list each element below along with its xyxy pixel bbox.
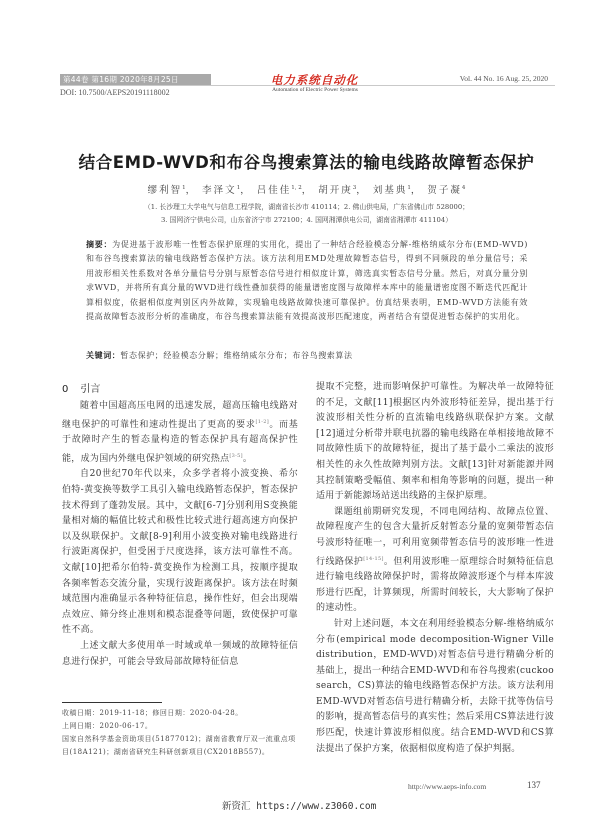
citation: [14-15] bbox=[363, 556, 383, 562]
paper-title: 结合EMD-WVD和布谷鸟搜索算法的输电线路故障暂态保护 bbox=[0, 149, 613, 173]
author: 吕佳佳1, 2 bbox=[257, 185, 302, 196]
paragraph: 自20世纪70年代以来，众多学者将小波变换、希尔伯特-黄变换等数学工具引入输电线… bbox=[62, 467, 298, 639]
issue-info-bar: 第44卷 第16期 2020年8月25日 bbox=[60, 74, 211, 85]
abstract-label: 摘要： bbox=[86, 240, 112, 249]
page-number: 137 bbox=[527, 780, 541, 790]
section-title: 引言 bbox=[80, 384, 100, 395]
body-column-left: 随着中国超高压电网的迅速发展，超高压输电线路对继电保护的可靠性和速动性提出了更高… bbox=[62, 399, 298, 670]
footnote-received: 收稿日期：2019-11-18；修回日期：2020-04-28。 bbox=[62, 707, 298, 720]
section-number: 0 bbox=[62, 384, 68, 395]
author: 李泽文1 bbox=[202, 185, 240, 196]
journal-logo-cn: 电力系统自动化 bbox=[262, 72, 367, 88]
keywords-text: 暂态保护；经验模态分解；维格纳威尔分布；布谷鸟搜索算法 bbox=[120, 351, 352, 360]
watermark: 新资汇 https://www.z3060.com bbox=[222, 798, 376, 812]
paragraph: 上述文献大多使用单一时域或单一频域的故障特征信息进行保护，可能会导致局部故障特征… bbox=[62, 639, 298, 670]
citation: [3-5] bbox=[229, 453, 242, 459]
journal-name-en: Automation of Electric Power Systems bbox=[250, 87, 380, 93]
body-column-right: 提取不完整，进而影响保护可靠性。为解决单一故障特征的不足，文献[11]根据区内外… bbox=[316, 380, 554, 757]
footnotes: 收稿日期：2019-11-18；修回日期：2020-04-28。 上网日期：20… bbox=[62, 707, 298, 759]
keywords-label: 关键词： bbox=[86, 351, 120, 360]
footnote-funding: 国家自然科学基金资助项目(51877012)；湖南省教育厅双一流重点项目(18A… bbox=[62, 733, 298, 759]
author-list: 缪利智1， 李泽文1， 吕佳佳1, 2， 胡开庚3， 刘基典1， 贺子凝4 bbox=[0, 182, 613, 196]
citation: [1-2] bbox=[256, 419, 269, 425]
paragraph: 提取不完整，进而影响保护可靠性。为解决单一故障特征的不足，文献[11]根据区内外… bbox=[316, 380, 554, 505]
affiliations-line-2: 3. 国网济宁供电公司，山东省济宁市 272100；4. 国网湘潭供电公司，湖南… bbox=[0, 214, 613, 224]
author: 缪利智1 bbox=[148, 185, 186, 196]
doi: DOI: 10.7500/AEPS20191118002 bbox=[60, 88, 170, 97]
author: 贺子凝4 bbox=[427, 185, 465, 196]
affiliations-line-1: （1. 长沙理工大学电气与信息工程学院，湖南省长沙市 410114；2. 佛山供… bbox=[0, 201, 613, 211]
abstract-text: 为促进基于波形唯一性暂态保护原理的实用化，提出了一种结合经验模态分解-维格纳威尔… bbox=[86, 240, 528, 321]
paragraph: 随着中国超高压电网的迅速发展，超高压输电线路对继电保护的可靠性和速动性提出了更高… bbox=[62, 399, 298, 467]
abstract: 摘要：为促进基于波形唯一性暂态保护原理的实用化，提出了一种结合经验模态分解-维格… bbox=[86, 238, 528, 324]
author: 刘基典1 bbox=[373, 185, 411, 196]
keywords: 关键词：暂态保护；经验模态分解；维格纳威尔分布；布谷鸟搜索算法 bbox=[86, 350, 528, 361]
paragraph: 针对上述问题，本文在利用经验模态分解-维格纳威尔分布(empirical mod… bbox=[316, 617, 554, 757]
paragraph: 课题组前期研究发现，不同电网结构、故障点位置、故障程度产生的包含大量折反射暂态分… bbox=[316, 505, 554, 617]
footnote-divider bbox=[62, 702, 162, 703]
section-heading-introduction: 0引言 bbox=[62, 380, 100, 395]
footnote-online: 上网日期：2020-06-17。 bbox=[62, 720, 298, 733]
journal-url[interactable]: http://www.aeps-info.com bbox=[408, 782, 486, 791]
author: 胡开庚3 bbox=[318, 185, 356, 196]
volume-info: Vol. 44 No. 16 Aug. 25, 2020 bbox=[460, 74, 548, 83]
